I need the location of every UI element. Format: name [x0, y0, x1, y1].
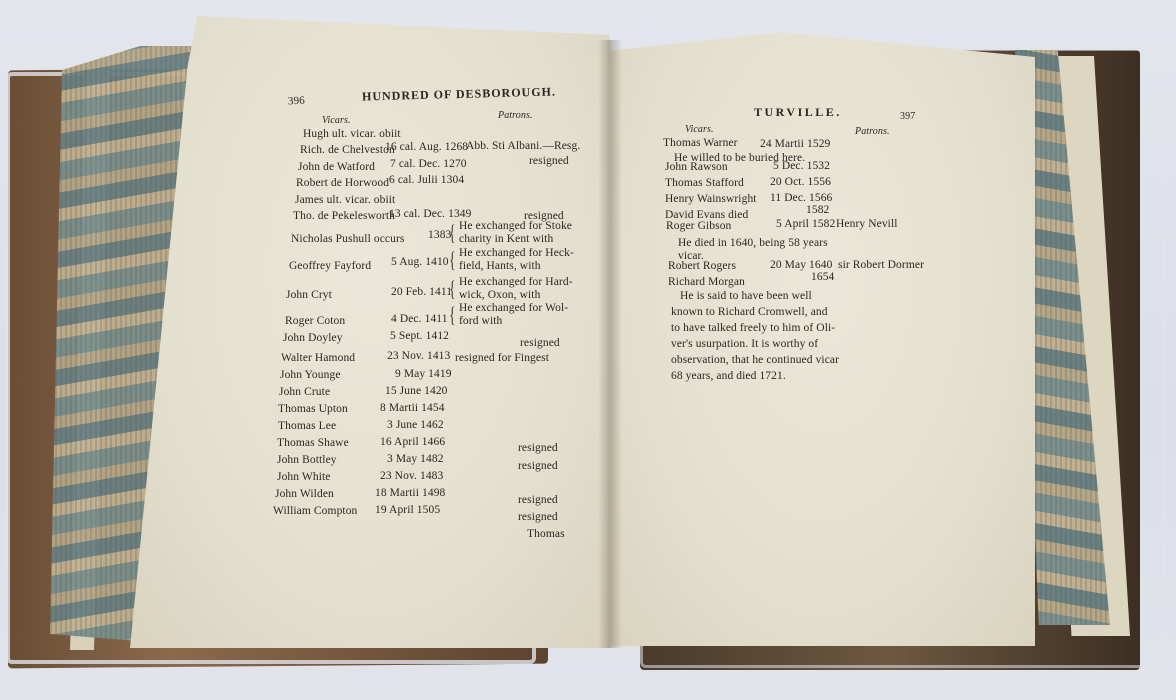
entry-name: Hugh ult. vicar. obiit: [303, 129, 401, 141]
entry-name: Roger Coton: [285, 316, 345, 328]
entry-date: 7 cal. Dec. 1270: [390, 159, 467, 171]
entry-date: 4 Dec. 1411: [391, 314, 448, 326]
entry-note: Abb. Sti Albani.—Resg.: [466, 141, 580, 153]
entry-date: 15 June 1420: [385, 386, 448, 398]
entry-note: resigned: [518, 512, 558, 524]
right-page: [610, 26, 1035, 646]
entry-date: 5 Sept. 1412: [390, 331, 449, 343]
entry-date: 19 April 1505: [375, 505, 440, 517]
entry-date: 3 June 1462: [387, 420, 444, 432]
entry-name: Robert Rogers: [668, 261, 736, 273]
entry-name: John Rawson: [665, 162, 728, 174]
entry-name: Geoffrey Fayford: [289, 261, 371, 273]
paragraph-line: 68 years, and died 1721.: [671, 371, 786, 383]
paragraph-line: observation, that he continued vicar: [671, 355, 839, 367]
entry-date: 9 May 1419: [395, 369, 452, 381]
entry-name: Tho. de Pekelesworth: [293, 211, 395, 223]
entry-date: 1582: [806, 205, 829, 217]
right-page-number: 397: [900, 112, 915, 122]
entry-date: 13 cal. Dec. 1349: [389, 209, 472, 221]
entry-date: 6 cal. Julii 1304: [389, 175, 464, 187]
entry-name: Richard Morgan: [668, 277, 745, 289]
entry-name: John Younge: [280, 370, 341, 382]
entry-name: Nicholas Pushull occurs: [291, 234, 404, 246]
right-col-vicars: Vicars.: [685, 125, 714, 135]
catchword: Thomas: [527, 529, 565, 541]
entry-name: John Bottley: [277, 455, 337, 467]
brace-glyph: {: [449, 278, 455, 300]
book-gutter: [598, 40, 622, 648]
entry-name: John Crute: [279, 387, 330, 399]
brace-glyph: {: [449, 249, 455, 271]
brace-glyph: {: [449, 222, 455, 244]
entry-name: Robert de Horwood: [296, 178, 389, 190]
entry-date: 11 Dec. 1566: [770, 193, 832, 205]
entry-text: He died in 1640, being 58 years: [678, 238, 828, 250]
entry-date: 5 Aug. 1410: [391, 257, 449, 269]
entry-note: resigned: [518, 461, 558, 473]
entry-date: 5 April 1582: [776, 219, 835, 231]
entry-date: 23 Nov. 1413: [387, 351, 450, 363]
entry-name: Thomas Shawe: [277, 438, 349, 450]
entry-name: Walter Hamond: [281, 353, 355, 365]
entry-note: He exchanged for Wol-ford with: [459, 302, 568, 328]
left-page: [130, 16, 610, 648]
left-col-patrons: Patrons.: [498, 111, 533, 121]
entry-date: 16 cal. Aug. 1268: [385, 142, 468, 154]
paragraph-line: to have talked freely to him of Oli-: [671, 323, 835, 335]
entry-note: He exchanged for Heck-field, Hants, with: [459, 247, 574, 273]
entry-note: He exchanged for Hard-wick, Oxon, with: [459, 276, 573, 302]
brace-glyph: {: [449, 304, 455, 326]
entry-note: resigned: [529, 156, 569, 168]
entry-note: He exchanged for Stokecharity in Kent wi…: [459, 220, 572, 246]
entry-note: resigned: [520, 338, 560, 350]
paragraph-line: known to Richard Cromwell, and: [671, 307, 828, 319]
entry-date: 18 Martii 1498: [375, 488, 445, 500]
entry-name: Henry Wainswright: [665, 194, 757, 206]
entry-name: William Compton: [273, 506, 357, 518]
right-running-head: TURVILLE.: [754, 106, 842, 118]
entry-name: John Wilden: [275, 489, 334, 501]
entry-name: Thomas Stafford: [665, 178, 744, 190]
entry-name: John Doyley: [283, 333, 343, 345]
entry-date: 1383: [428, 230, 451, 242]
entry-name: Thomas Lee: [278, 421, 336, 433]
entry-date: 24 Martii 1529: [760, 139, 830, 151]
paragraph-line: He is said to have been well: [680, 291, 812, 303]
entry-date: 3 May 1482: [387, 454, 444, 466]
entry-note: resigned: [518, 443, 558, 455]
entry-note: sir Robert Dormer: [838, 260, 924, 272]
entry-date: 8 Martii 1454: [380, 403, 445, 415]
book-photo: 396 HUNDRED OF DESBOROUGH. Vicars. Patro…: [0, 0, 1176, 700]
entry-name: John Cryt: [286, 290, 332, 302]
entry-date: 20 Feb. 1411: [391, 287, 452, 299]
entry-name: Roger Gibson: [666, 221, 731, 233]
entry-date: 1654: [811, 272, 834, 284]
entry-date: 20 Oct. 1556: [770, 177, 831, 189]
left-page-number: 396: [288, 96, 305, 108]
entry-name: Thomas Upton: [278, 404, 348, 416]
paragraph-line: ver's usurpation. It is worthy of: [671, 339, 818, 351]
entry-note: resigned: [518, 495, 558, 507]
entry-date: 16 April 1466: [380, 437, 445, 449]
entry-note: resigned for Fingest: [455, 353, 549, 365]
entry-name: John White: [277, 472, 331, 484]
entry-name: Thomas Warner: [663, 138, 738, 150]
right-col-patrons: Patrons.: [855, 127, 890, 137]
entry-date: 20 May 1640: [770, 260, 832, 272]
entry-note: Henry Nevill: [836, 219, 898, 231]
entry-name: James ult. vicar. obiit: [295, 195, 395, 207]
entry-name: John de Watford: [298, 162, 375, 174]
entry-date: 23 Nov. 1483: [380, 471, 443, 483]
left-col-vicars: Vicars.: [322, 116, 351, 126]
entry-date: 5 Dec. 1532: [773, 161, 830, 173]
entry-name: Rich. de Chelveston: [300, 145, 395, 157]
